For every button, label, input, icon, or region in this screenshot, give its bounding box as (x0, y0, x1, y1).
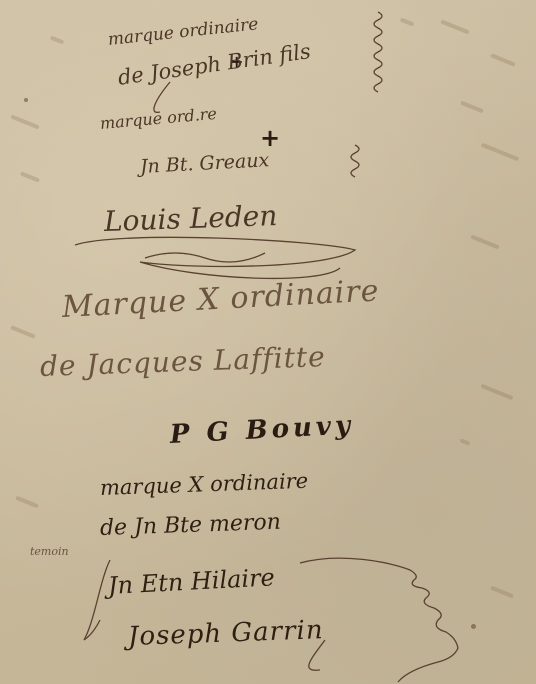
x-mark-icon: + (260, 124, 280, 152)
leden-signer-name: Louis Leden (103, 199, 277, 238)
temoin-label: temoin (30, 545, 69, 558)
document-page: marque ordinaire + de Joseph Brin fils m… (0, 0, 536, 684)
